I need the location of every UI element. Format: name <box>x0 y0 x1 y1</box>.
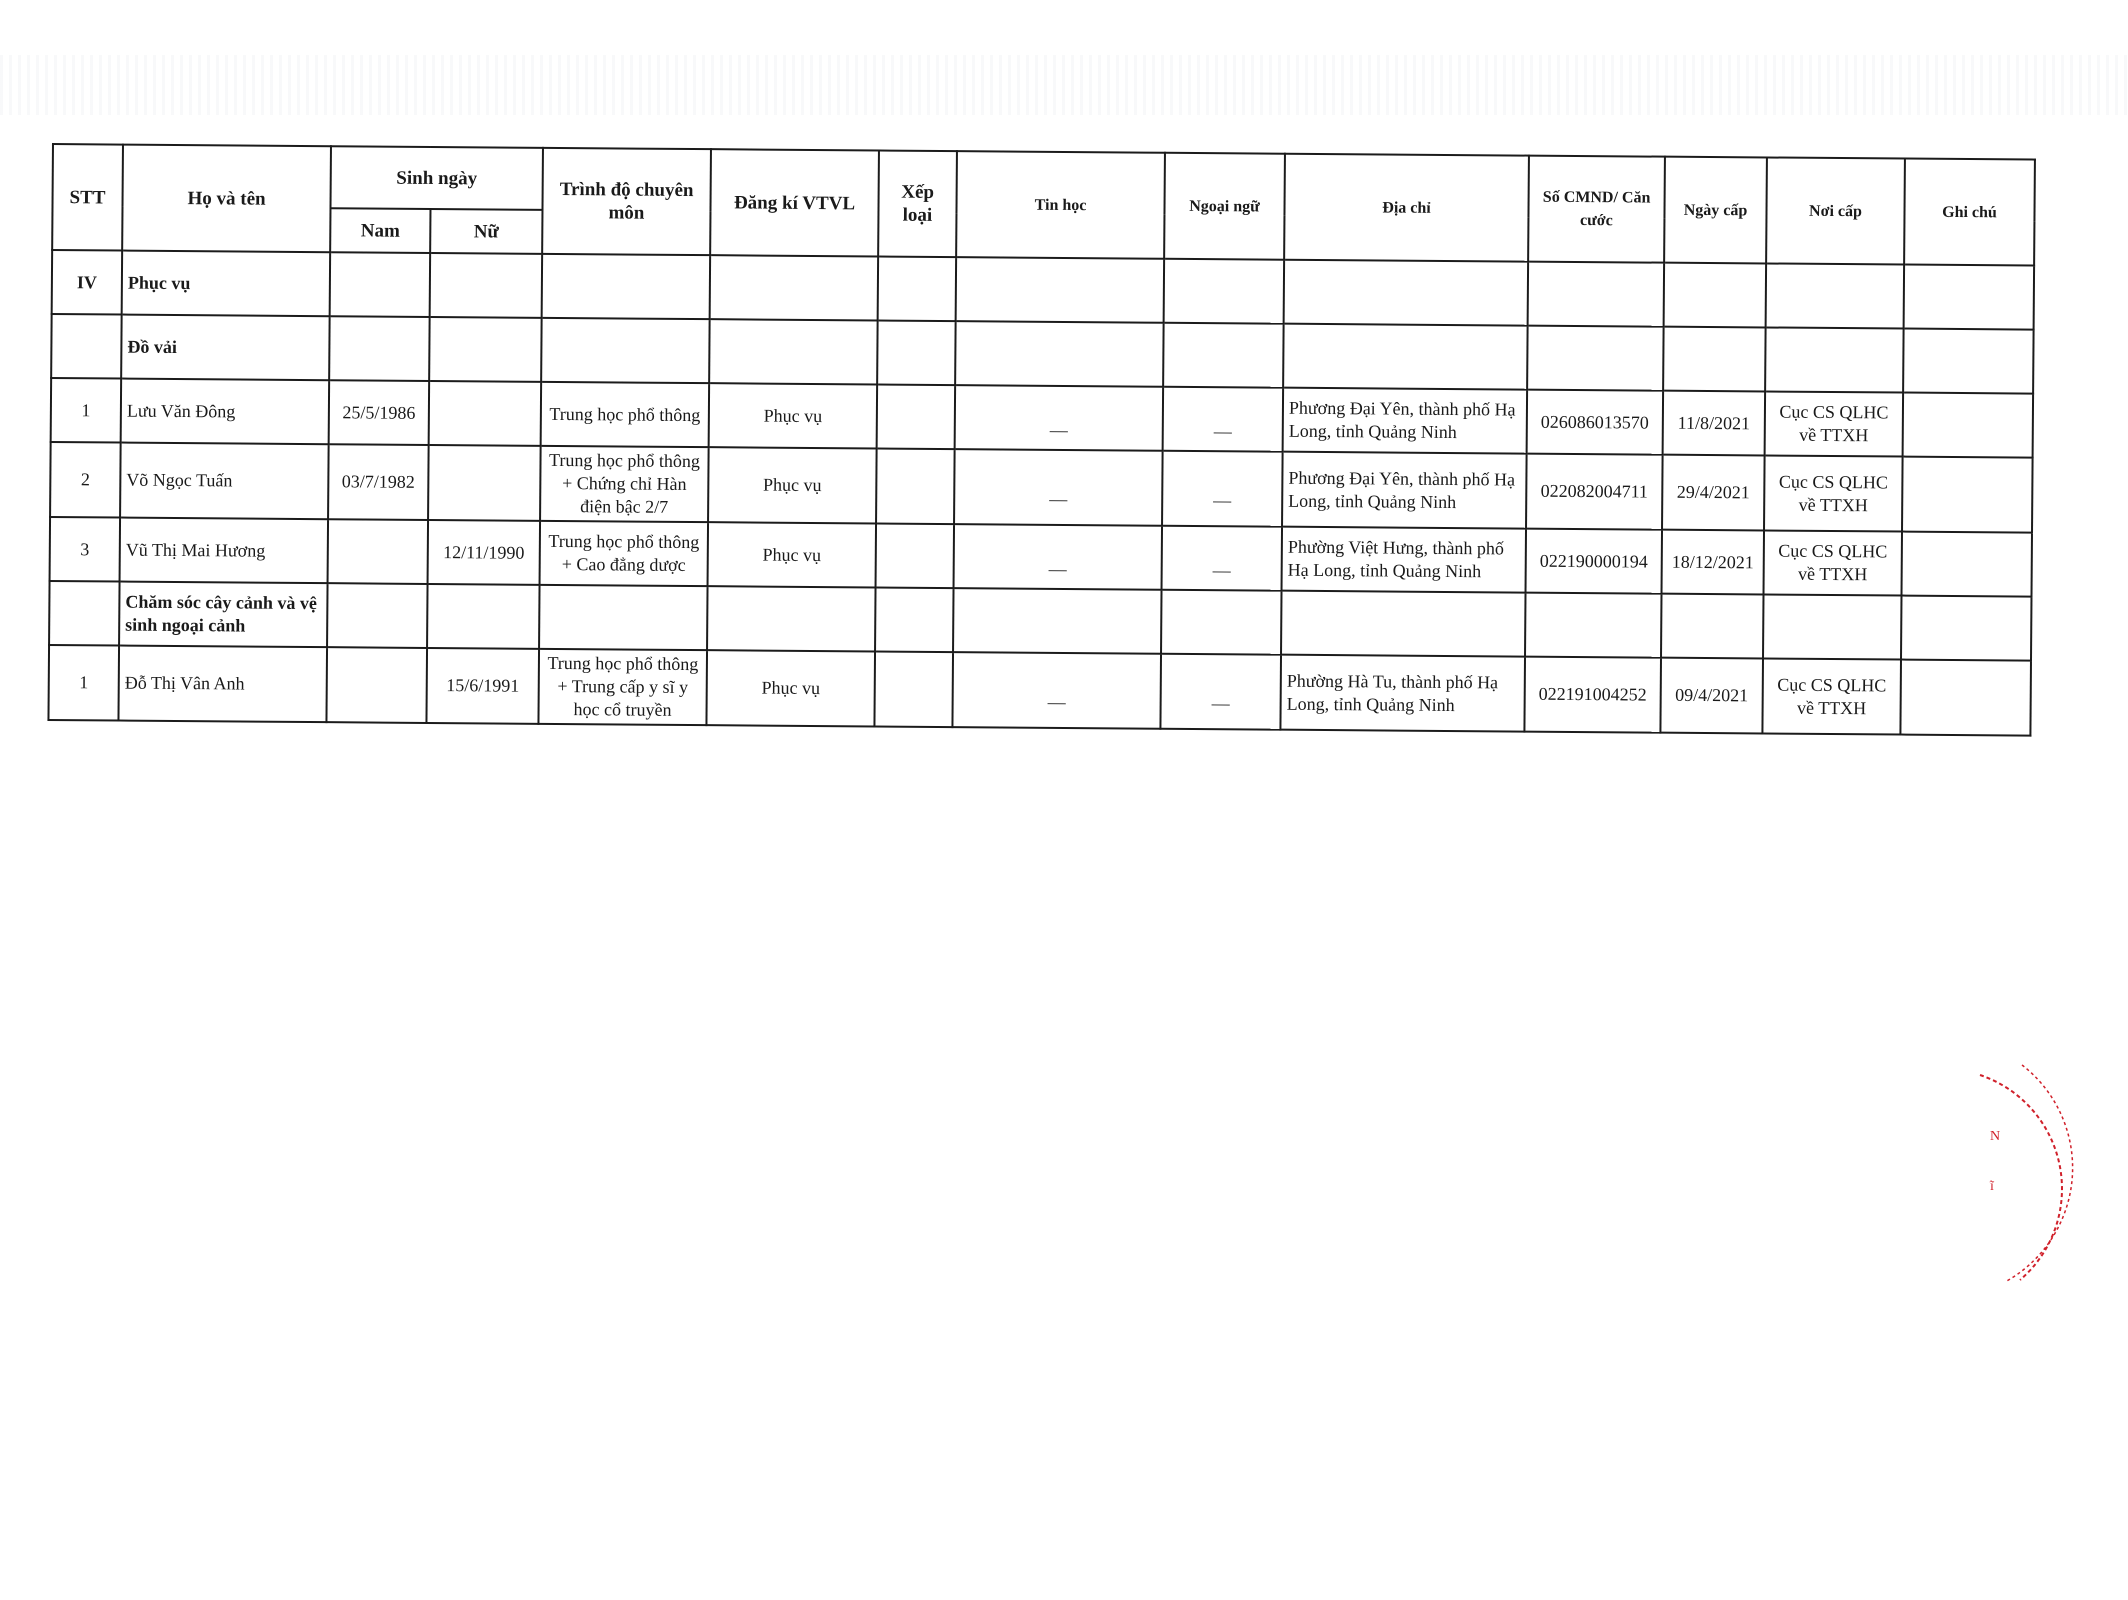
header-it: Tin học <box>956 151 1165 259</box>
registration: Phục vụ <box>708 447 877 523</box>
address: Phường Hà Tu, thành phố Hạ Long, tỉnh Qu… <box>1280 655 1525 732</box>
it-skill: — <box>954 449 1163 526</box>
person-name: Đỗ Thị Vân Anh <box>118 646 327 723</box>
birth-male <box>326 647 427 723</box>
issue-place: Cục CS QLHC về TTXH <box>1762 658 1901 734</box>
address: Phương Đại Yên, thành phố Hạ Long, tỉnh … <box>1282 452 1527 529</box>
note <box>1903 393 2033 458</box>
it-skill: — <box>952 652 1161 729</box>
it-skill: — <box>955 385 1163 451</box>
registration: Phục vụ <box>709 383 877 448</box>
row-number: 2 <box>50 442 121 518</box>
red-seal-stamp: N ĩ <box>1960 1060 2090 1290</box>
header-male: Nam <box>330 208 430 253</box>
header-qualification: Trình độ chuyên môn <box>542 148 711 255</box>
header-registration: Đăng kí VTVL <box>710 149 879 256</box>
header-name: Họ và tên <box>122 145 331 253</box>
rank <box>877 384 956 449</box>
row-number: 1 <box>51 378 122 443</box>
note <box>1902 532 2032 597</box>
address: Phương Đại Yên, thành phố Hạ Long, tỉnh … <box>1283 388 1527 454</box>
birth-male: 25/5/1986 <box>329 380 429 445</box>
svg-text:N: N <box>1990 1129 2000 1144</box>
qualification: Trung học phổ thông <box>541 382 709 447</box>
birth-male <box>328 519 428 584</box>
svg-text:ĩ: ĩ <box>1989 1179 1995 1194</box>
it-skill: — <box>954 524 1162 590</box>
header-address: Địa chỉ <box>1284 154 1529 262</box>
issue-place: Cục CS QLHC về TTXH <box>1764 530 1902 595</box>
language-skill: — <box>1162 526 1282 591</box>
header-issue-place: Nơi cấp <box>1766 157 1905 264</box>
person-name: Võ Ngọc Tuấn <box>120 443 329 520</box>
scan-noise <box>0 55 2128 115</box>
group-title: Chăm sóc cây cảnh và vệ sinh ngoại cảnh <box>119 582 327 648</box>
document-sheet: STT Họ và tên Sinh ngày Trình độ chuyên … <box>47 143 2035 737</box>
qualification: Trung học phổ thông + Chứng chỉ Hàn điện… <box>540 446 709 522</box>
header-rank: Xếp loại <box>878 150 957 257</box>
issue-place: Cục CS QLHC về TTXH <box>1765 391 1903 456</box>
table-row: 1Đỗ Thị Vân Anh15/6/1991Trung học phổ th… <box>48 645 2031 736</box>
rank <box>874 651 953 727</box>
employee-table: STT Họ và tên Sinh ngày Trình độ chuyên … <box>47 143 2035 737</box>
row-number: 3 <box>50 517 121 582</box>
rank <box>876 448 955 524</box>
note <box>1900 660 2031 736</box>
id-number: 022190000194 <box>1526 529 1662 594</box>
id-number: 022191004252 <box>1524 657 1661 733</box>
header-stt: STT <box>52 144 123 251</box>
language-skill: — <box>1163 387 1283 452</box>
address: Phường Việt Hưng, thành phố Hạ Long, tỉn… <box>1282 527 1526 593</box>
issue-date: 09/4/2021 <box>1660 658 1763 734</box>
birth-female: 15/6/1991 <box>426 648 539 724</box>
header-language: Ngoại ngữ <box>1164 153 1285 260</box>
birth-female: 12/11/1990 <box>428 520 540 585</box>
person-name: Vũ Thị Mai Hương <box>120 518 328 584</box>
language-skill: — <box>1160 654 1281 730</box>
header-issue-date: Ngày cấp <box>1664 157 1767 264</box>
id-number: 026086013570 <box>1527 390 1663 455</box>
header-female: Nữ <box>430 209 542 254</box>
qualification: Trung học phổ thông + Trung cấp y sĩ y h… <box>538 649 707 725</box>
birth-female <box>429 381 541 446</box>
group-title: Đồ vải <box>121 315 329 381</box>
header-birth: Sinh ngày <box>330 146 542 210</box>
id-number: 022082004711 <box>1526 454 1663 530</box>
header-note: Ghi chú <box>1904 159 2035 266</box>
person-name: Lưu Văn Đông <box>121 379 329 445</box>
qualification: Trung học phổ thông + Cao đẳng dược <box>540 521 708 586</box>
row-number: 1 <box>48 645 119 721</box>
registration: Phục vụ <box>706 650 875 726</box>
note <box>1902 457 2033 533</box>
section-title: Phục vụ <box>122 251 330 317</box>
section-number: IV <box>52 250 123 315</box>
registration: Phục vụ <box>708 522 876 587</box>
issue-date: 11/8/2021 <box>1663 391 1765 456</box>
language-skill: — <box>1162 451 1283 527</box>
issue-place: Cục CS QLHC về TTXH <box>1764 455 1903 531</box>
header-id-number: Số CMND/ Căn cước <box>1528 156 1665 263</box>
rank <box>876 523 955 588</box>
issue-date: 29/4/2021 <box>1662 455 1765 531</box>
birth-female <box>428 445 541 521</box>
issue-date: 18/12/2021 <box>1662 530 1764 595</box>
birth-male: 03/7/1982 <box>328 444 429 520</box>
